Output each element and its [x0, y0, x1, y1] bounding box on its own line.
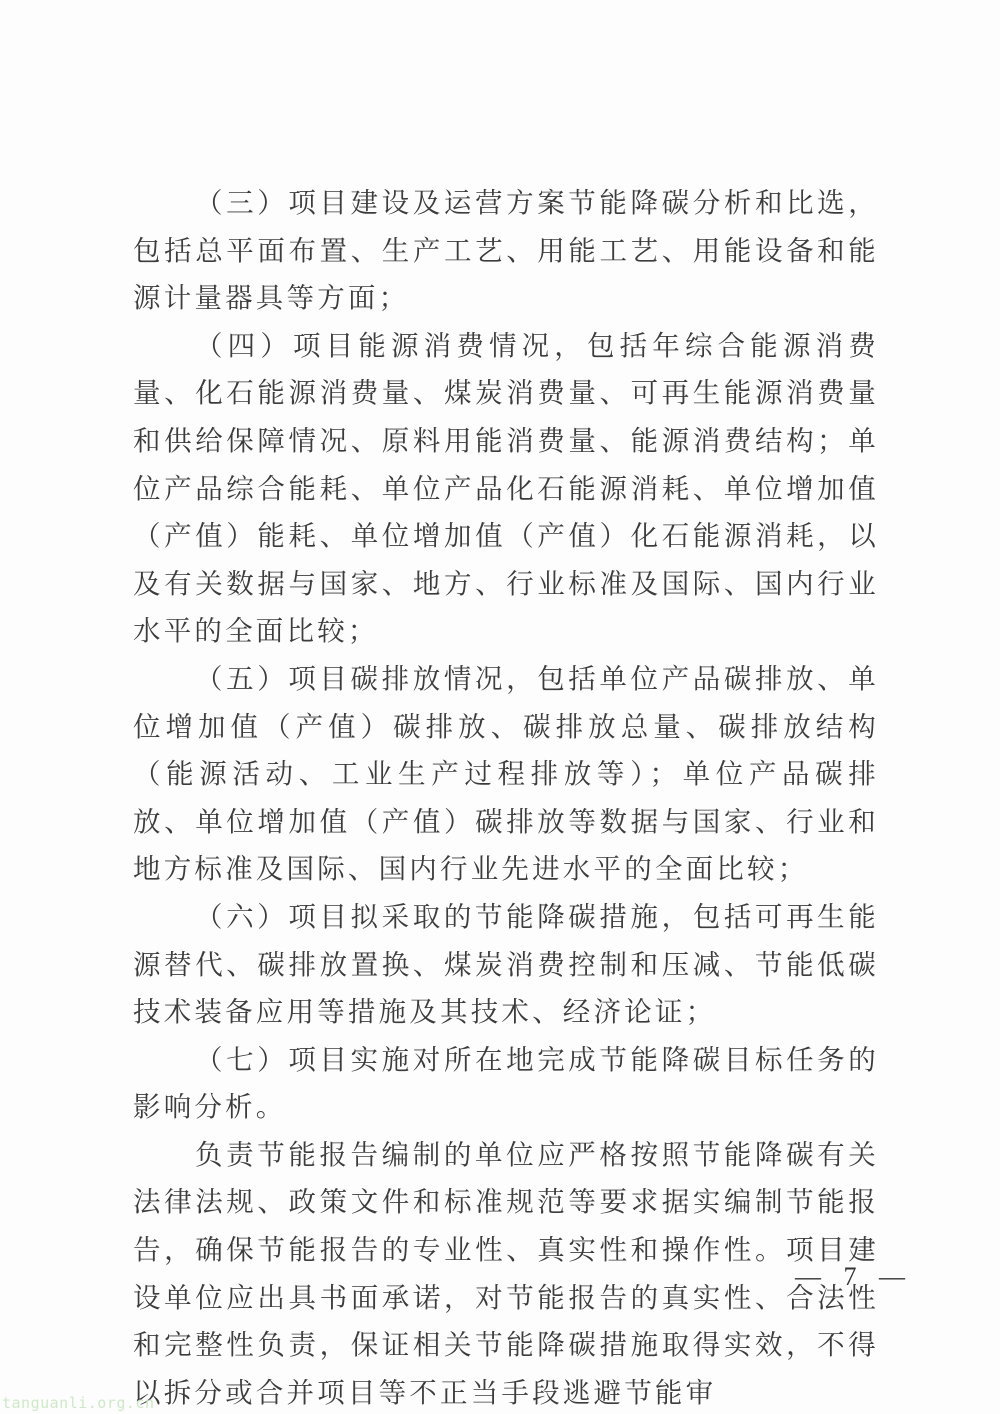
paragraph-responsibility: 负责节能报告编制的单位应严格按照节能降碳有关法律法规、政策文件和标准规范等要求据…: [133, 1132, 879, 1414]
paragraph-item-7: （七）项目实施对所在地完成节能降碳目标任务的影响分析。: [133, 1037, 879, 1132]
watermark: tanguanli.org.cn: [2, 1394, 155, 1412]
paragraph-item-4: （四）项目能源消费情况，包括年综合能源消费量、化石能源消费量、煤炭消费量、可再生…: [133, 323, 879, 656]
page-number: — 7 —: [795, 1262, 913, 1292]
paragraph-item-5: （五）项目碳排放情况，包括单位产品碳排放、单位增加值（产值）碳排放、碳排放总量、…: [133, 656, 879, 894]
document-page: （三）项目建设及运营方案节能降碳分析和比选，包括总平面布置、生产工艺、用能工艺、…: [0, 0, 1000, 1414]
document-body: （三）项目建设及运营方案节能降碳分析和比选，包括总平面布置、生产工艺、用能工艺、…: [133, 180, 879, 1414]
paragraph-item-6: （六）项目拟采取的节能降碳措施，包括可再生能源替代、碳排放置换、煤炭消费控制和压…: [133, 894, 879, 1037]
paragraph-item-3: （三）项目建设及运营方案节能降碳分析和比选，包括总平面布置、生产工艺、用能工艺、…: [133, 180, 879, 323]
